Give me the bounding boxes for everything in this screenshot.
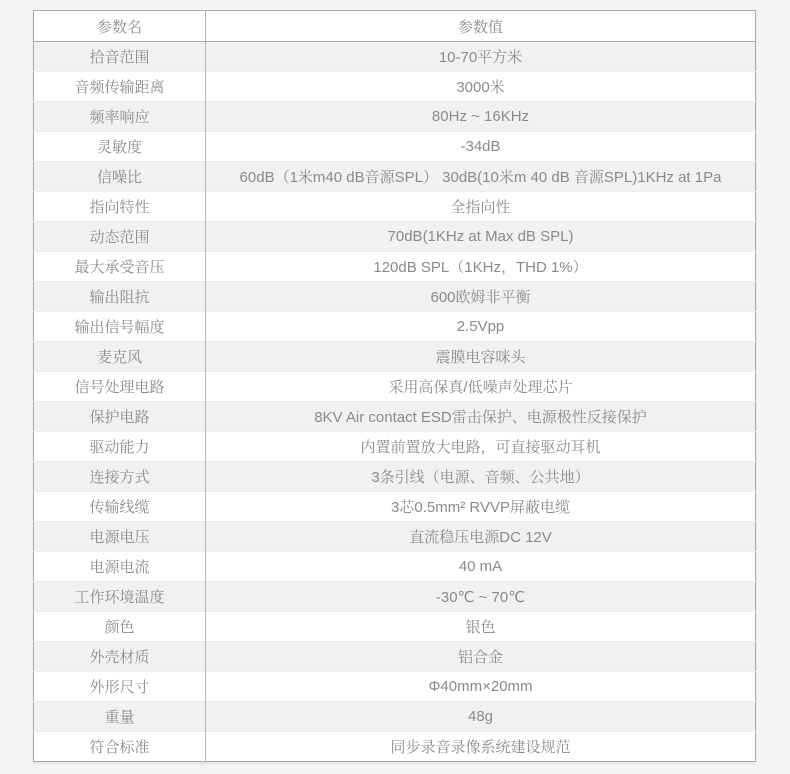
param-name-cell: 信噪比 [34,162,206,192]
param-name-cell: 驱动能力 [34,432,206,462]
param-value-cell: -34dB [206,132,756,162]
spec-row: 最大承受音压 120dB SPL（1KHz，THD 1%） [34,252,756,282]
spec-row: 保护电路 8KV Air contact ESD雷击保护、电源极性反接保护 [34,402,756,432]
spec-row: 连接方式 3条引线（电源、音频、公共地） [34,462,756,492]
param-name-cell: 电源电压 [34,522,206,552]
param-value-cell: 震膜电容咪头 [206,342,756,372]
spec-row: 输出信号幅度 2.5Vpp [34,312,756,342]
param-value-cell: 同步录音录像系统建设规范 [206,732,756,762]
spec-row: 驱动能力 内置前置放大电路，可直接驱动耳机 [34,432,756,462]
param-name-cell: 输出信号幅度 [34,312,206,342]
param-name-cell: 音频传输距离 [34,72,206,102]
spec-row: 动态范围 70dB(1KHz at Max dB SPL) [34,222,756,252]
param-name-cell: 传输线缆 [34,492,206,522]
param-name-cell: 最大承受音压 [34,252,206,282]
spec-row: 外形尺寸 Φ40mm×20mm [34,672,756,702]
param-value-cell: 40 mA [206,552,756,582]
param-name-cell: 连接方式 [34,462,206,492]
param-name-cell: 保护电路 [34,402,206,432]
param-value-cell: 70dB(1KHz at Max dB SPL) [206,222,756,252]
param-value-cell: Φ40mm×20mm [206,672,756,702]
spec-table: 参数名 参数值 拾音范围 10-70平方米 音频传输距离 3000米 频率响应 … [33,10,756,762]
param-value-cell: 2.5Vpp [206,312,756,342]
param-value-cell: 3芯0.5mm² RVVP屏蔽电缆 [206,492,756,522]
param-name-cell: 电源电流 [34,552,206,582]
param-value-cell: 银色 [206,612,756,642]
param-value-cell: 120dB SPL（1KHz，THD 1%） [206,252,756,282]
param-value-cell: 直流稳压电源DC 12V [206,522,756,552]
param-name-cell: 颜色 [34,612,206,642]
spec-row: 灵敏度 -34dB [34,132,756,162]
param-value-cell: 600欧姆非平衡 [206,282,756,312]
param-name-cell: 拾音范围 [34,42,206,72]
spec-row: 符合标准 同步录音录像系统建设规范 [34,732,756,762]
header-row: 参数名 参数值 [34,11,756,42]
spec-row: 信号处理电路 采用高保真/低噪声处理芯片 [34,372,756,402]
param-name-cell: 动态范围 [34,222,206,252]
param-value-cell: -30℃ ~ 70℃ [206,582,756,612]
param-value-cell: 8KV Air contact ESD雷击保护、电源极性反接保护 [206,402,756,432]
param-value-cell: 内置前置放大电路，可直接驱动耳机 [206,432,756,462]
spec-row: 电源电流 40 mA [34,552,756,582]
param-value-cell: 全指向性 [206,192,756,222]
spec-row: 音频传输距离 3000米 [34,72,756,102]
spec-table-header: 参数名 参数值 [34,11,756,42]
spec-row: 信噪比 60dB（1米m40 dB音源SPL） 30dB(10米m 40 dB … [34,162,756,192]
param-value-cell: 10-70平方米 [206,42,756,72]
spec-row: 外壳材质 铝合金 [34,642,756,672]
param-name-cell: 输出阻抗 [34,282,206,312]
param-name-cell: 外形尺寸 [34,672,206,702]
param-value-cell: 3条引线（电源、音频、公共地） [206,462,756,492]
param-name-cell: 灵敏度 [34,132,206,162]
param-value-cell: 采用高保真/低噪声处理芯片 [206,372,756,402]
param-name-cell: 频率响应 [34,102,206,132]
spec-row: 传输线缆 3芯0.5mm² RVVP屏蔽电缆 [34,492,756,522]
param-value-cell: 80Hz ~ 16KHz [206,102,756,132]
param-name-cell: 指向特性 [34,192,206,222]
param-value-cell: 铝合金 [206,642,756,672]
param-value-cell: 60dB（1米m40 dB音源SPL） 30dB(10米m 40 dB 音源SP… [206,162,756,192]
param-value-header: 参数值 [206,11,756,42]
spec-row: 颜色 银色 [34,612,756,642]
param-name-header: 参数名 [34,11,206,42]
param-name-cell: 符合标准 [34,732,206,762]
spec-row: 频率响应 80Hz ~ 16KHz [34,102,756,132]
spec-row: 重量 48g [34,702,756,732]
param-name-cell: 麦克风 [34,342,206,372]
spec-row: 工作环境温度 -30℃ ~ 70℃ [34,582,756,612]
param-name-cell: 工作环境温度 [34,582,206,612]
spec-sheet-page: 参数名 参数值 拾音范围 10-70平方米 音频传输距离 3000米 频率响应 … [0,0,790,774]
param-value-cell: 48g [206,702,756,732]
param-name-cell: 外壳材质 [34,642,206,672]
spec-row: 电源电压 直流稳压电源DC 12V [34,522,756,552]
spec-row: 指向特性 全指向性 [34,192,756,222]
param-name-cell: 信号处理电路 [34,372,206,402]
spec-row: 输出阻抗 600欧姆非平衡 [34,282,756,312]
param-name-cell: 重量 [34,702,206,732]
spec-row: 拾音范围 10-70平方米 [34,42,756,72]
spec-table-body: 拾音范围 10-70平方米 音频传输距离 3000米 频率响应 80Hz ~ 1… [34,42,756,762]
spec-row: 麦克风 震膜电容咪头 [34,342,756,372]
param-value-cell: 3000米 [206,72,756,102]
